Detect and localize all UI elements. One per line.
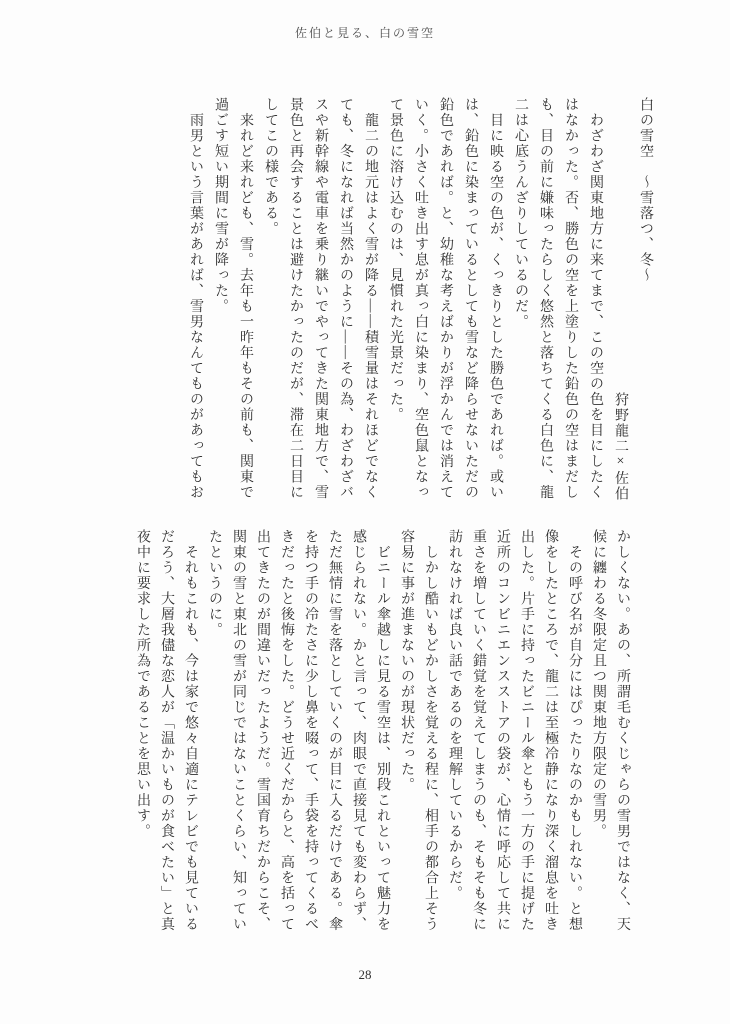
text-block-upper: 白の雪空 ～雪落つ、冬～ 狩野龍二×佐伯 わざわざ関東地方に来てまで、この空の色… [125, 97, 658, 501]
pairing-credit: 狩野龍二×佐伯 [608, 97, 633, 501]
paragraph: しかし酷いもどかしさを覚える程に、相手の都合上そう容易に事が進まないのが現状だっ… [394, 529, 442, 933]
running-header: 佐伯と見る、白の雪空 [0, 0, 730, 41]
paragraph: わざわざ関東地方に来てまで、この空の色を目にしたくはなかった。否、勝色の空を上塗… [508, 97, 608, 501]
story-content: 白の雪空 ～雪落つ、冬～ 狩野龍二×佐伯 わざわざ関東地方に来てまで、この空の色… [0, 97, 730, 933]
document-page: 佐伯と見る、白の雪空 白の雪空 ～雪落つ、冬～ 狩野龍二×佐伯 わざわざ関東地方… [0, 0, 730, 1024]
paragraph: ビニール傘越しに見る雪空は、別段これといって魅力を感じられない。かと言って、肉眼… [202, 529, 394, 933]
story-title: 白の雪空 ～雪落つ、冬～ [633, 97, 658, 501]
page-number: 28 [0, 967, 730, 983]
text-block-lower: かしくない。あの、所謂毛むくじゃらの雪男ではなく、天候に纏わる冬限定且つ関東地方… [130, 529, 634, 933]
paragraph: その呼び名が自分にはぴったりなのかもしれない。と想像をしたところで、龍二は至極冷… [442, 529, 586, 933]
paragraph: かしくない。あの、所謂毛むくじゃらの雪男ではなく、天候に纏わる冬限定且つ関東地方… [586, 529, 634, 933]
paragraph: 目に映る空の色が、くっきりとした勝色であれば。或いは、鉛色に染まっているとしても… [383, 97, 508, 501]
paragraph: 来れど来れども、雪。去年も一昨年もその前も、関東で過ごす短い期間に雪が降った。 [208, 97, 258, 501]
paragraph: それもこれも、今は家で悠々自適にテレビでも見ているだろう、大層我儘な恋人が「温か… [130, 529, 202, 933]
paragraph: 雨男という言葉があれば、雪男なんてものがあってもお [183, 97, 208, 501]
upper-paragraphs: わざわざ関東地方に来てまで、この空の色を目にしたくはなかった。否、勝色の空を上塗… [183, 97, 608, 501]
lower-paragraphs: かしくない。あの、所謂毛むくじゃらの雪男ではなく、天候に纏わる冬限定且つ関東地方… [130, 529, 634, 933]
paragraph: 龍二の地元はよく雪が降る――積雪量はそれほどでなくても、冬になれば当然かのように… [258, 97, 383, 501]
